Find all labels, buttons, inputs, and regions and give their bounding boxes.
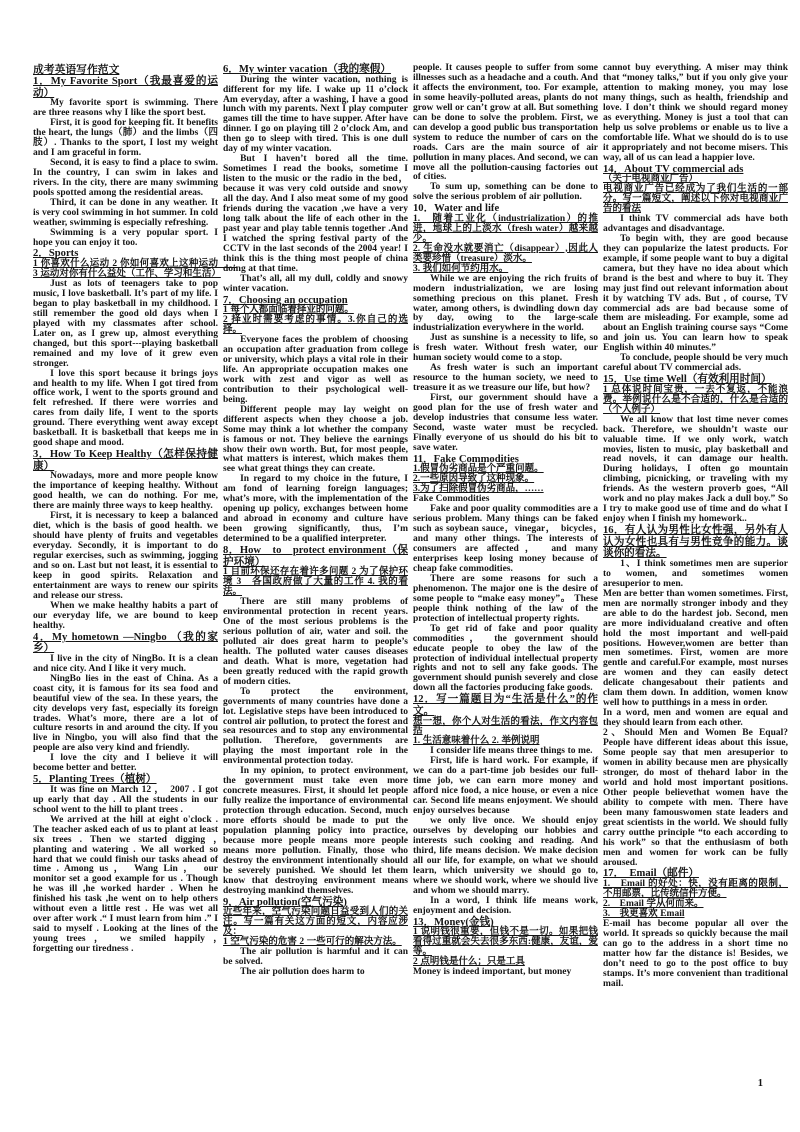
paragraph: During the winter vacation, nothing is d…	[223, 76, 408, 156]
paragraph: cannot buy everything. A miser may think…	[603, 64, 788, 164]
section-prompt: 电视商业广告已经成为了我们生活的一部分。写一篇短文，阐述以下你对电视商业广告的看…	[603, 185, 788, 215]
paragraph: When we make healthy habits a part of ou…	[33, 602, 218, 632]
document-page: 成考英语写作范文1．My Favorite Sport（我最喜爱的运动）My f…	[0, 0, 800, 1132]
paragraph: Just as lots of teenagers take to pop mu…	[33, 280, 218, 370]
document-title: 成考英语写作范文	[33, 64, 218, 76]
paragraph: Money is indeed important, but money	[413, 968, 598, 978]
paragraph: To protect the environment, governments …	[223, 688, 408, 768]
paragraph: Swimming is a very popular sport. I hope…	[33, 229, 218, 249]
paragraph: It was fine on March 12 ， 2007 . I got u…	[33, 786, 218, 816]
section-heading: 4．My hometown —Ningbo （我的家乡）	[33, 632, 218, 655]
paragraph: As fresh water is such an important reso…	[413, 364, 598, 394]
paragraph: First, our government should have a good…	[413, 394, 598, 454]
section-prompt: 近些年来，空气污染问题日益受到人们的关注。写一篇有关这方面的短文，内容应涉及：	[223, 908, 408, 938]
section-prompt: 1 你喜欢什么运动 2 你如何喜欢上这种运动 3 运动对你有什么益处（工作、学习…	[33, 260, 218, 280]
section-prompt: 想一想，你个人对生活的看法，作文内容包括	[413, 718, 598, 738]
paragraph: In a word, I think life means work, enjo…	[413, 897, 598, 917]
paragraph: To conclude, people should be very much …	[603, 354, 788, 374]
text-column-3: people. It causes people to suffer from …	[413, 64, 598, 978]
paragraph: people. It causes people to suffer from …	[413, 64, 598, 183]
section-prompt: 2 择业时需要考虑的事情。3.你自己的选择。	[223, 316, 408, 336]
section-prompt: 1 目前环保还存在着许多问题 2 为了保护环境 3 各国政府做了大量的工作 4.…	[223, 568, 408, 598]
paragraph: In regard to my choice in the future, I …	[223, 475, 408, 545]
page-number: 1	[758, 1078, 763, 1089]
section-prompt: 2. 生命没水就要消亡（disappear）,因此人类要珍惜（treasure）…	[413, 245, 598, 265]
section-prompt: 1 总体说时间宝贵，一去不复返，不能浪费。举例说什么是不合适的，什么是合适的（个…	[603, 386, 788, 416]
paragraph: While we are enjoying the rich fruits of…	[413, 275, 598, 335]
paragraph: In a word, men and women are equal and t…	[603, 709, 788, 729]
text-column-2: 6．My winter vacation（我的寒假）During the win…	[223, 64, 408, 978]
paragraph: Different people may lay weight on diffe…	[223, 406, 408, 476]
text-columns: 成考英语写作范文1．My Favorite Sport（我最喜爱的运动）My f…	[33, 64, 790, 990]
paragraph: NingBo lies in the east of China. As a c…	[33, 675, 218, 755]
paragraph: First, life is hard work. For example, i…	[413, 757, 598, 817]
paragraph: We all know that lost time never comes b…	[603, 416, 788, 525]
paragraph: 1、I think sometimes men are superior to …	[603, 560, 788, 590]
text-column-4: cannot buy everything. A miser may think…	[603, 64, 788, 990]
section-heading: 1．My Favorite Sport（我最喜爱的运动）	[33, 76, 218, 99]
section-heading: 12．写一篇题目为“生活是什么”的作文。	[413, 694, 598, 717]
section-heading: 6．My winter vacation（我的寒假）	[223, 64, 408, 76]
paragraph: I love the city and I believe it will be…	[33, 754, 218, 774]
paragraph: I live in the city of NingBo. It is a cl…	[33, 655, 218, 675]
section-heading: 3．How To Keep Healthy（怎样保持健康）	[33, 449, 218, 472]
paragraph: Third, it can be done in any weather. It…	[33, 199, 218, 229]
text-column-1: 成考英语写作范文1．My Favorite Sport（我最喜爱的运动）My f…	[33, 64, 218, 955]
paragraph: That’s all, all my dull, coldly and snow…	[223, 275, 408, 295]
section-prompt: 1. 随着工业化（industrialization）的推进，地球上的上淡水（f…	[413, 215, 598, 245]
paragraph: First, it is good for keeping fit. It be…	[33, 119, 218, 159]
paragraph: The air pollution does harm to	[223, 968, 408, 978]
paragraph: In my opinion, to protect environment, t…	[223, 767, 408, 896]
paragraph: I love this sport because it brings joys…	[33, 370, 218, 450]
paragraph: Second, it is easy to find a place to sw…	[33, 159, 218, 199]
paragraph: we only live once. We should enjoy ourse…	[413, 817, 598, 897]
paragraph: To get rid of fake and poor quality comm…	[413, 625, 598, 695]
section-heading: 8．How to protect environment（保护环境）	[223, 545, 408, 568]
paragraph: We arrived at the hill at eight o'clock …	[33, 816, 218, 955]
section-prompt: 1. Email 的好处：快，没有距离的限制，不用邮票，比传统信件方便。	[603, 880, 788, 900]
paragraph: 2、Should Men and Women Be Equal? People …	[603, 729, 788, 868]
paragraph: There are some reasons for such a phenom…	[413, 575, 598, 625]
paragraph: My favorite sport is swimming. There are…	[33, 99, 218, 119]
paragraph: The air pollution is harmful and it can …	[223, 948, 408, 968]
paragraph: First, it is necessary to keep a balance…	[33, 512, 218, 602]
paragraph: Nowadays, more and more people know the …	[33, 472, 218, 512]
section-prompt: 1 说明钱很重要，但钱不是一切。如果把钱看得过重就会失去很多东西:健康，友谊，爱…	[413, 928, 598, 958]
paragraph: I think TV commercial ads have both adva…	[603, 215, 788, 235]
paragraph: To sum up, something can be done to solv…	[413, 183, 598, 203]
paragraph: To begin with, they are good because the…	[603, 235, 788, 354]
paragraph: Men are better than women sometimes. Fir…	[603, 590, 788, 709]
paragraph: Just as sunshine is a necessity to life,…	[413, 334, 598, 364]
paragraph: But I haven’t bored all the time. Someti…	[223, 155, 408, 274]
paragraph: Fake and poor quality commodities are a …	[413, 505, 598, 575]
paragraph: Everyone faces the problem of choosing a…	[223, 336, 408, 406]
paragraph: E-mail has become popular all over the w…	[603, 920, 788, 990]
section-heading: 16．有人认为男性比女性强，另外有人认为女性也具有与男性竞争的能力。谈谈你的看法…	[603, 525, 788, 560]
paragraph: There are still many problems of environ…	[223, 598, 408, 688]
